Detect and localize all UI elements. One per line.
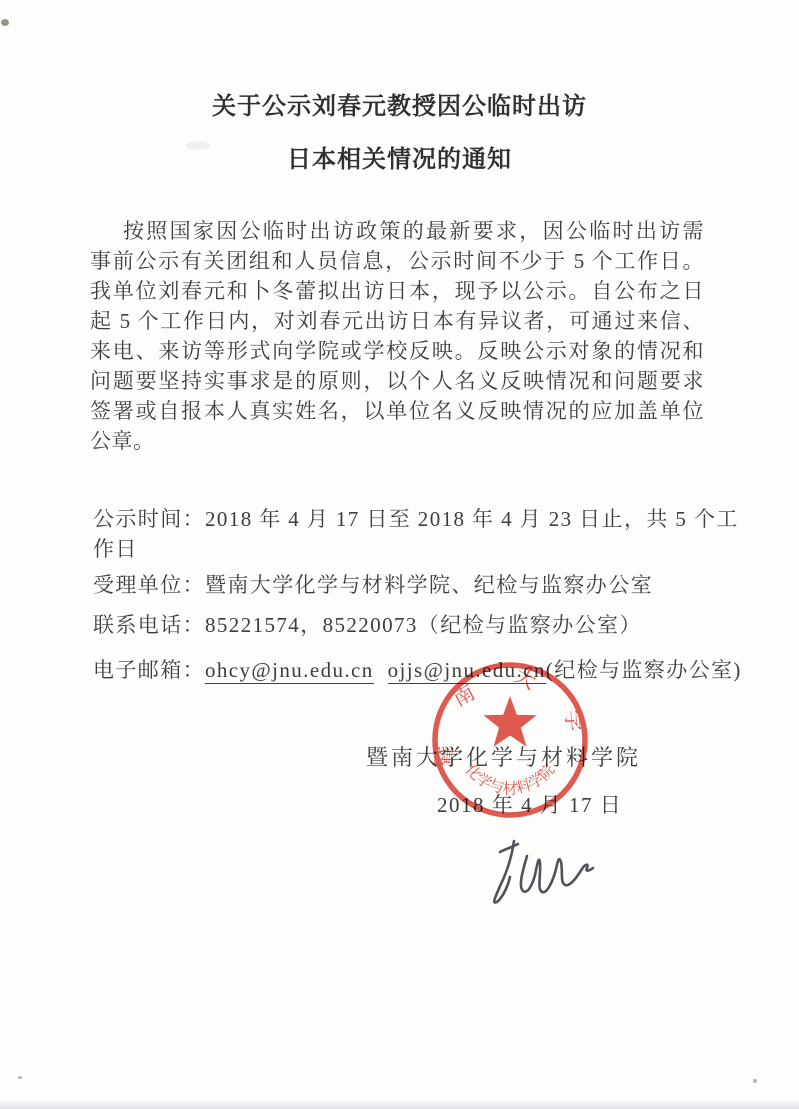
publicity-period-line1: 公示时间：2018 年 4 月 17 日至 2018 年 4 月 23 日止，共… [93,505,705,533]
document-title-line2: 日本相关情况的通知 [0,139,799,174]
document-title-line1: 关于公示刘春元教授因公临时出访 [0,86,799,121]
scan-smudge [186,141,210,150]
email-address-1: ohcy@jnu.edu.cn [205,658,374,684]
body-line: 起 5 个工作日内，对刘春元出访日本有异议者，可通过来信、 [90,306,704,336]
star-icon [483,696,536,747]
seal-bottom-text: 化学与材料学院 [462,761,558,797]
scan-speck [753,1079,757,1083]
body-line: 问题要坚持实事求是的原则，以个人名义反映情况和问题要求 [90,366,704,396]
accepting-unit-line: 受理单位：暨南大学化学与材料学院、纪检与监察办公室 [93,571,713,599]
body-line: 公章。 [90,426,704,456]
scan-speck [18,1076,22,1079]
body-line: 我单位刘春元和卜冬蕾拟出访日本，现予以公示。自公布之日 [90,276,704,306]
scan-speck [1,19,9,26]
body-line: 事前公示有关团组和人员信息，公示时间不少于 5 个工作日。 [90,246,704,276]
body-line: 按照国家因公临时出访政策的最新要求，因公临时出访需 [90,216,704,246]
publicity-period-line2: 作日 [93,535,713,563]
body-line: 来电、来访等形式向学院或学校反映。反映公示对象的情况和 [90,336,704,366]
email-label: 电子邮箱： [93,658,205,682]
email-line: 电子邮箱：ohcy@jnu.edu.cnojjs@jnu.edu.cn(纪检与监… [93,656,713,684]
contact-phone-line: 联系电话：85221574，85220073（纪检与监察办公室） [93,611,713,639]
body-line: 签署或自报本人真实姓名，以单位名义反映情况的应加盖单位 [90,396,704,426]
handwritten-signature [488,833,612,917]
scanned-notice-document: 关于公示刘春元教授因公临时出访 日本相关情况的通知 按照国家因公临时出访政策的最… [0,0,799,1109]
official-seal: 暨南大学 化学与材料学院 [428,658,592,822]
